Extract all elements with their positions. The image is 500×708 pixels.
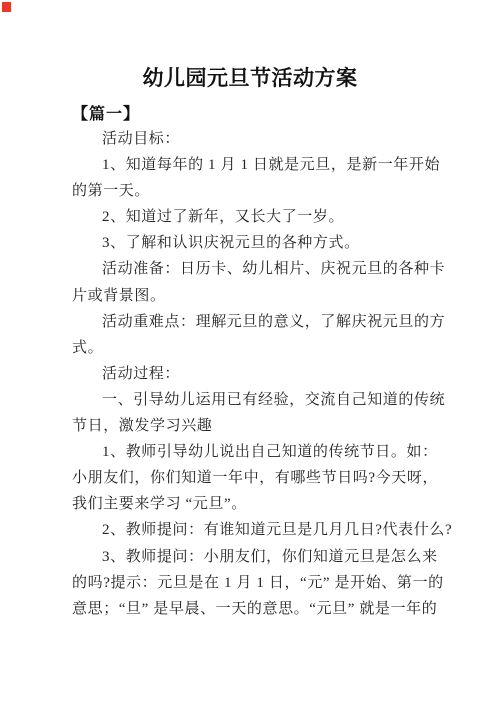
text-line: 式。: [72, 335, 500, 361]
text-line: 活动准备：日历卡、幼儿相片、庆祝元旦的各种卡: [72, 256, 500, 282]
page-title: 幼儿园元旦节活动方案: [0, 63, 500, 93]
text-line: 活动重难点：理解元旦的意义，了解庆祝元旦的方: [72, 309, 500, 335]
text-line: 一、引导幼儿运用已有经验，交流自己知道的传统: [72, 387, 500, 413]
text-line: 的第一天。: [72, 178, 500, 204]
text-line: 2、知道过了新年，又长大了一岁。: [72, 204, 500, 230]
document-page: 幼儿园元旦节活动方案 【篇一】 活动目标：1、知道每年的 1 月 1 日就是元旦…: [0, 0, 500, 708]
text-line: 活动目标：: [72, 126, 500, 152]
corner-mark: [2, 2, 11, 12]
text-line: 3、教师提问：小朋友们，你们知道元旦是怎么来: [72, 544, 500, 570]
text-line: 2、教师提问：有谁知道元旦是几月几日?代表什么?: [72, 517, 500, 543]
text-line: 3、了解和认识庆祝元旦的各种方式。: [72, 230, 500, 256]
section-heading: 【篇一】: [72, 104, 500, 126]
text-line: 1、知道每年的 1 月 1 日就是元旦，是新一年开始: [72, 152, 500, 178]
text-line: 片或背景图。: [72, 283, 500, 309]
document-body: 活动目标：1、知道每年的 1 月 1 日就是元旦，是新一年开始的第一天。2、知道…: [72, 126, 500, 622]
text-line: 意思；“旦” 是早晨、一天的意思。“元旦” 就是一年的: [72, 596, 500, 622]
text-line: 我们主要来学习 “元旦”。: [72, 491, 500, 517]
text-line: 的吗?提示：元旦是在 1 月 1 日，“元” 是开始、第一的: [72, 570, 500, 596]
text-line: 节日，激发学习兴趣: [72, 413, 500, 439]
text-line: 活动过程：: [72, 361, 500, 387]
text-line: 1、教师引导幼儿说出自己知道的传统节日。如：: [72, 439, 500, 465]
text-line: 小朋友们，你们知道一年中，有哪些节日吗?今天呀，: [72, 465, 500, 491]
